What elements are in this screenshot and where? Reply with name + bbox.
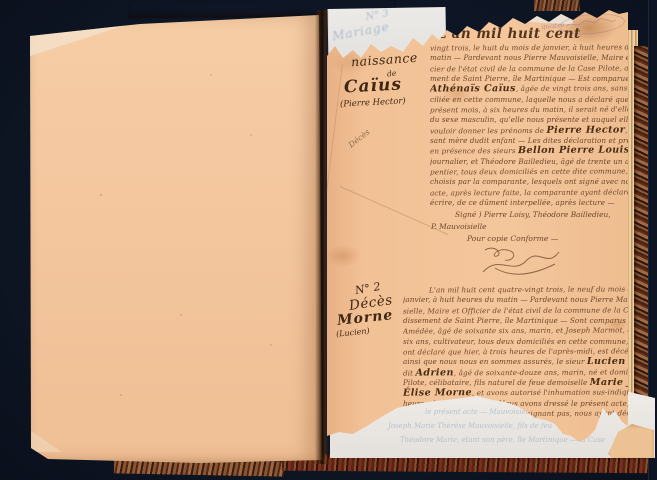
signature-flourish: [455, 242, 585, 284]
entry1-text-block: vingt trois, le huit du mois de janvier,…: [430, 43, 630, 209]
manuscript-line: janvier, à huit heures du matin — Pardev…: [403, 295, 631, 305]
scanned-register-photo: N° 3 Mariage le présent acte — Mauvoisie…: [0, 0, 657, 480]
manuscript-line: Élise Morne, et avons autorisé l'inhumat…: [403, 388, 631, 400]
marbled-cover-top-right-patch: [534, 0, 580, 11]
entry1-faint-insertion: quatre: [541, 21, 565, 31]
manuscript-line: pentier, tous deux domiciliés en cette d…: [430, 167, 630, 178]
manuscript-line: dit Adrien, âgé de soixante-douze ans, m…: [403, 367, 631, 379]
entry1-margin-subname: (Pierre Hector): [340, 96, 406, 109]
manuscript-line: journalier, et Théodore Bailledieu, âgé …: [430, 157, 630, 167]
manuscript-line: ainsi que nous nous en sommes assurés, l…: [403, 357, 631, 367]
underlay-entry-type: Mariage: [331, 20, 391, 44]
book-gutter-shadow: [315, 10, 329, 464]
page-corner-sliver: [30, 430, 62, 452]
page-corner-highlight: [30, 22, 135, 56]
manuscript-line: acte, après lecture faite, la comparante…: [430, 187, 630, 198]
manuscript-line: ciliée en cette commune, laquelle nous a…: [430, 95, 630, 105]
manuscript-line: écrire, de ce dûment interpellée, après …: [430, 198, 630, 208]
manuscript-line: cier de l'état civil de la commune de la…: [430, 63, 630, 74]
paper-crease: [326, 64, 343, 191]
manuscript-line: six ans, cultivateur, tous deux domicili…: [403, 337, 631, 347]
manuscript-line: présent mois, à six heures du matin, il …: [430, 105, 630, 116]
manuscript-line: sielle, Maire et Officier de l'état civi…: [403, 305, 631, 317]
manuscript-line: vouloir donner les prénoms de Pierre Hec…: [430, 125, 630, 136]
manuscript-line: L'an mil huit cent quatre-vingt trois, l…: [403, 285, 631, 296]
right-manuscript-page: N° 1 naissance de Caïus (Pierre Hector) …: [327, 6, 628, 458]
manuscript-line: matin — Pardevant nous Pierre Mauvoisiel…: [430, 53, 630, 63]
manuscript-line: choisis par la comparante, lesquels ont …: [430, 177, 630, 187]
entry1-signature-line: Signé ) Pierre Loisy, Théodore Bailledie…: [455, 210, 611, 219]
manuscript-line: en présence des sieurs Bellon Pierre Lou…: [430, 146, 630, 157]
underlay-faint-line: le présent acte — Mauvoisielle: [425, 408, 534, 416]
manuscript-line: Athénaïs Caïus, âgée de vingt trois ans,…: [430, 84, 630, 95]
underlay-faint-line: Joseph Marie Thérèse Mauvoisielle, fils …: [388, 422, 552, 430]
margin-side-scribble: Décès: [347, 127, 372, 149]
paper-specks: [30, 14, 32, 16]
manuscript-line: ont déclaré que hier, à trois heures de …: [403, 346, 631, 358]
entry1-signature-line: P. Mauvoisielle: [431, 222, 487, 231]
entry2-text-block: L'an mil huit cent quatre-vingt trois, l…: [403, 285, 631, 419]
manuscript-line: vingt trois, le huit du mois de janvier,…: [430, 43, 630, 54]
left-blank-page: [30, 14, 322, 464]
entry1-margin-name: Caïus: [344, 74, 403, 97]
manuscript-line: Amédée, âgé de soixante six ans, marin, …: [403, 326, 631, 338]
